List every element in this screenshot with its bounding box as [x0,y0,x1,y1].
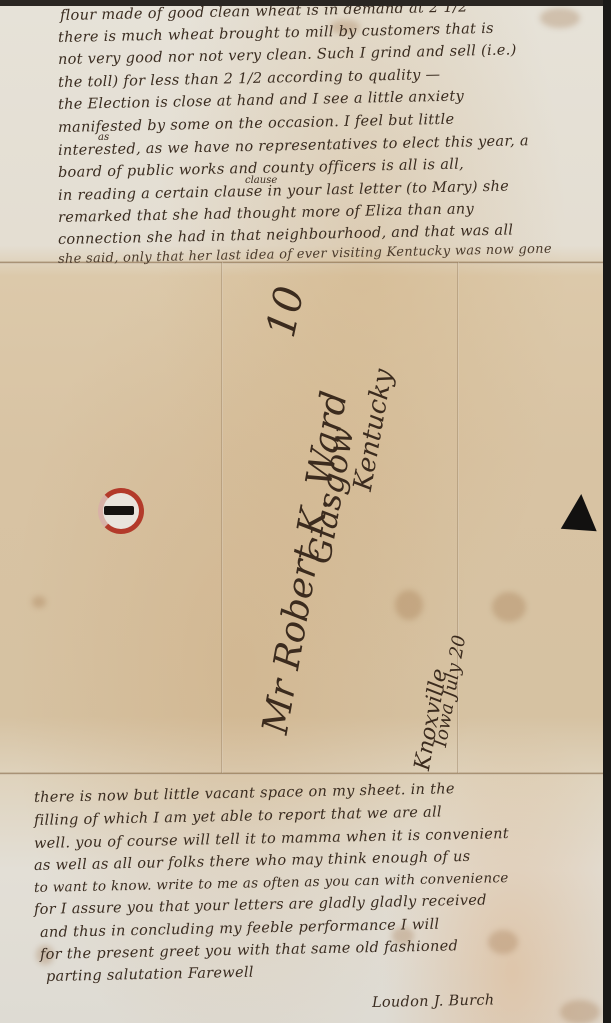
text-line: interested, as we have no representative… [58,133,529,159]
text-line: the Election is close at hand and I see … [58,88,464,113]
stain [395,590,423,620]
paper-hole [561,493,599,531]
scan-border-top [0,0,611,6]
scan-border-right [603,0,611,1023]
signature: Loudon J. Burch [372,992,495,1011]
text-line: and thus in concluding my feeble perform… [40,917,440,941]
fold-line-lower [0,772,603,775]
text-line: for I assure you that your letters are g… [34,893,487,918]
text-line: remarked that she had thought more of El… [58,201,474,226]
text-line: parting salutation Farewell [46,965,254,985]
text-line: filling of which I am yet able to report… [34,804,442,829]
text-line: to want to know. write to me as often as… [34,870,509,896]
stain [540,8,580,28]
stain [488,930,518,954]
stain [492,592,526,622]
text-line: the toll) for less than 2 1/2 according … [58,67,441,91]
text-line: manifested by some on the occasion. I fe… [58,112,455,136]
seal-tear [104,506,134,515]
text-line: in reading a certain clause in your last… [58,179,509,204]
text-line: there is much wheat brought to mill by c… [58,21,494,46]
postage-rate: 10 [258,282,314,341]
text-line: for the present greet you with that same… [40,938,458,963]
letter-sheet: flour made of good clean wheat is in dem… [0,0,603,1023]
stain [560,1000,600,1023]
text-line: as well as all our folks there who may t… [34,849,471,874]
text-line: not very good nor not very clean. Such I… [58,42,517,68]
stain [32,596,46,608]
text-line: there is now but little vacant space on … [34,781,455,806]
text-line: well. you of course will tell it to mamm… [34,826,509,852]
fold-line-left [221,262,223,773]
